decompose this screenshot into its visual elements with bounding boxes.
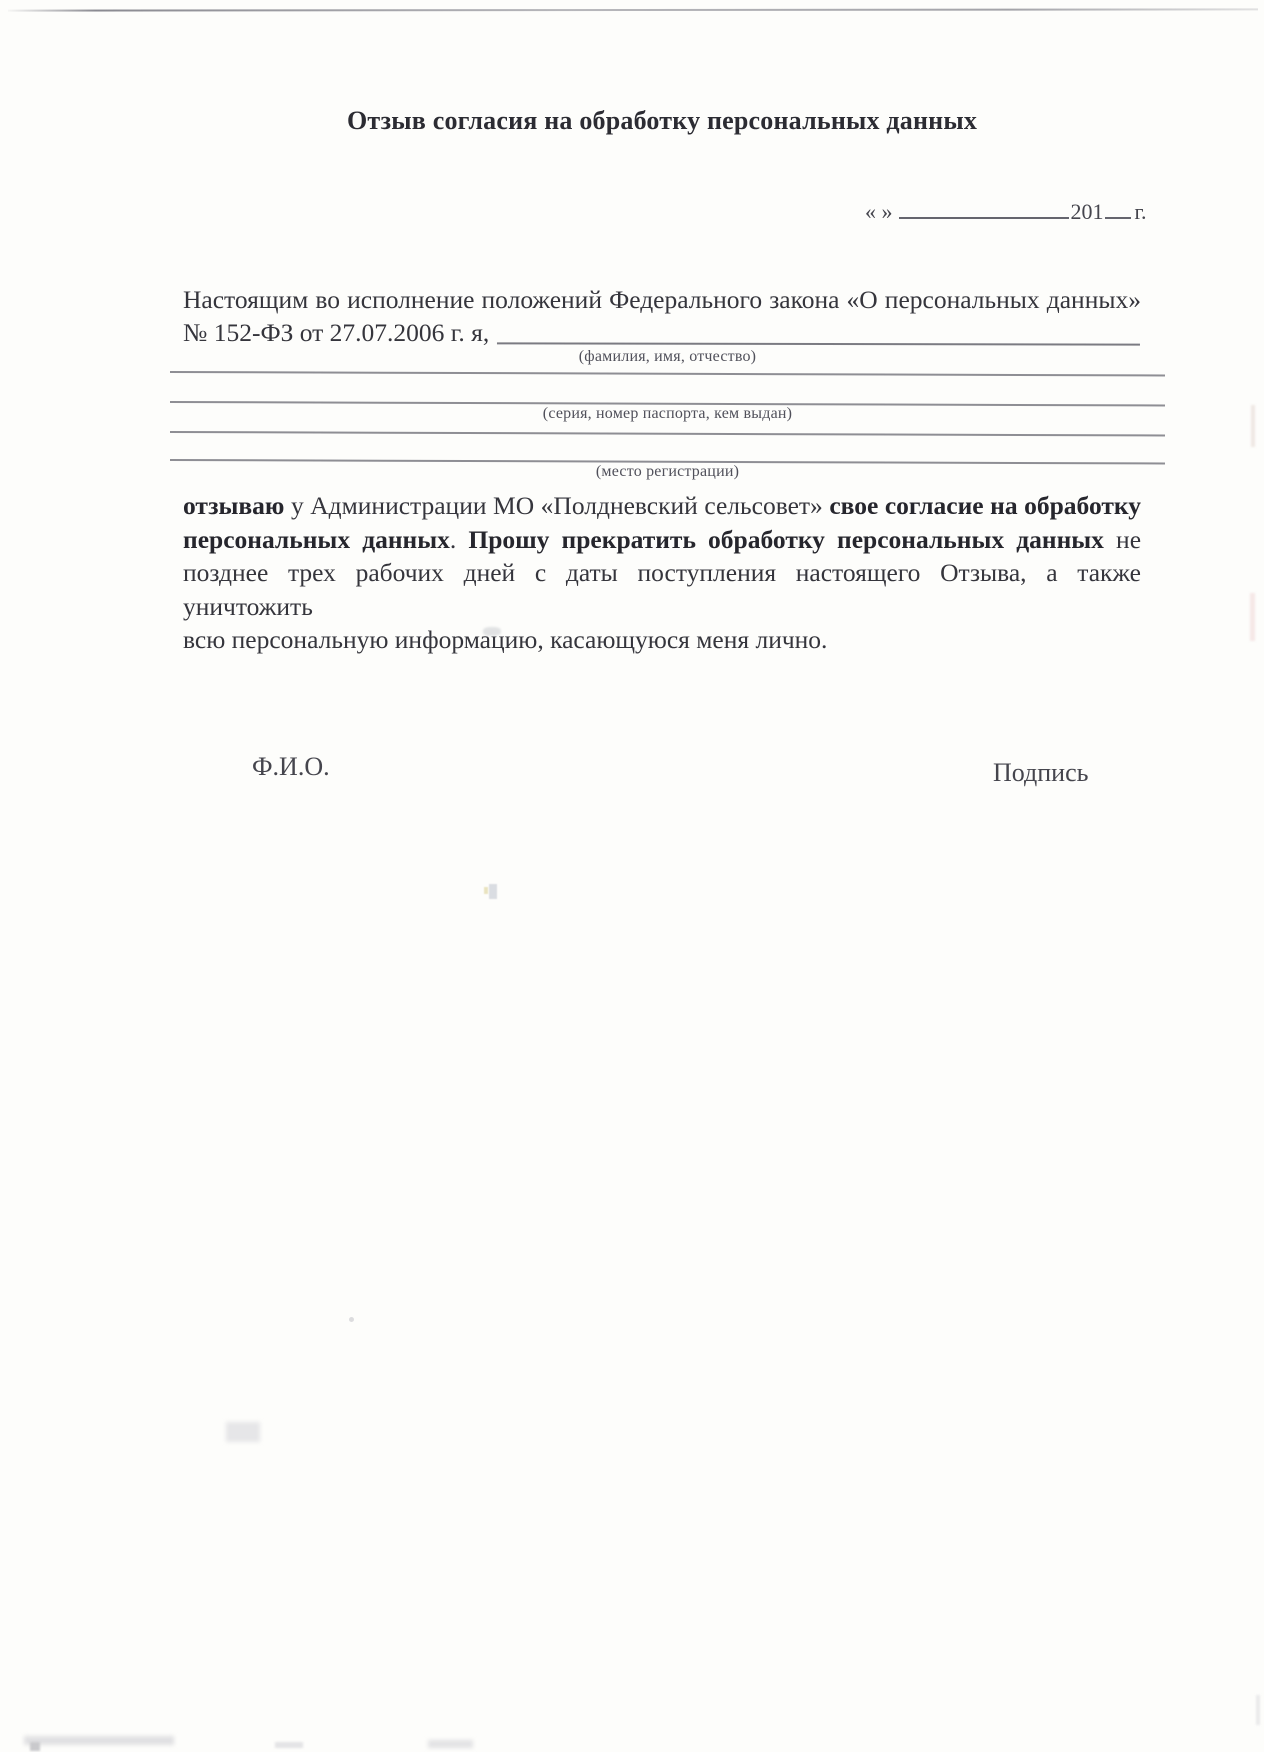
signature-label: Подпись [993,758,1088,788]
scan-noise-smudge [30,1742,40,1751]
scan-edge-artifact [8,8,1258,11]
intro-paragraph-line1: Настоящим во исполнение положений Федера… [183,283,1141,316]
document-title: Отзыв согласия на обработку персональных… [30,106,1264,136]
body-text-bold: Прошу прекратить обработку персональных … [468,525,1104,554]
body-text-bold: отзываю [183,491,284,520]
scanned-document-page: Отзыв согласия на обработку персональных… [0,0,1264,1752]
scan-edge-artifact [1250,593,1255,641]
body-text-bold: свое согласие на обработку [829,491,1141,520]
scan-noise-speck [349,1317,354,1322]
intro-paragraph-line2: № 152-ФЗ от 27.07.2006 г. я, [183,316,1140,349]
date-year: 201 [1071,199,1104,224]
body-text-bold: персональных данных [183,525,450,554]
withdrawal-paragraph: отзываю у Администрации МО «Полдневский … [183,489,1141,657]
body-line: всю персональную информацию, касающуюся … [183,623,1141,657]
name-blank-line [497,315,1140,345]
body-line: персональных данных. Прошу прекратить об… [183,523,1141,557]
scan-noise-speck [489,884,497,899]
date-day-blank-line [899,217,1069,219]
scan-noise-smudge [24,1736,174,1745]
scan-noise-speck [484,887,488,894]
scan-noise-smudge [428,1740,473,1748]
body-text: у Администрации МО «Полдневский сельсове… [284,491,829,520]
body-text: . [450,525,469,554]
date-quotes: « » [865,199,893,224]
scan-edge-artifact [1256,1695,1260,1725]
passport-field-caption: (серия, номер паспорта, кем выдан) [170,405,1165,423]
body-text: не [1104,525,1141,554]
passport-blank-line-1 [170,371,1165,376]
scan-noise-smudge [226,1422,260,1442]
body-line: позднее трех рабочих дней с даты поступл… [183,556,1141,623]
date-line: « »201г. [865,199,1147,225]
registration-blank-line-1 [170,431,1165,436]
scan-edge-artifact [1251,405,1255,447]
registration-field-caption: (место регистрации) [170,463,1165,481]
body-line: отзываю у Администрации МО «Полдневский … [183,489,1141,523]
body-text: позднее трех рабочих дней с даты поступл… [183,558,1141,621]
intro-line2-text: № 152-ФЗ от 27.07.2006 г. я, [183,316,489,349]
body-text: всю персональную информацию, касающуюся … [183,625,827,654]
date-year-suffix: г. [1135,199,1147,224]
date-year-blank-line [1105,217,1131,219]
name-field-caption: (фамилия, имя, отчество) [170,348,1165,366]
scan-noise-smudge [275,1742,303,1748]
fio-label: Ф.И.О. [252,752,330,782]
